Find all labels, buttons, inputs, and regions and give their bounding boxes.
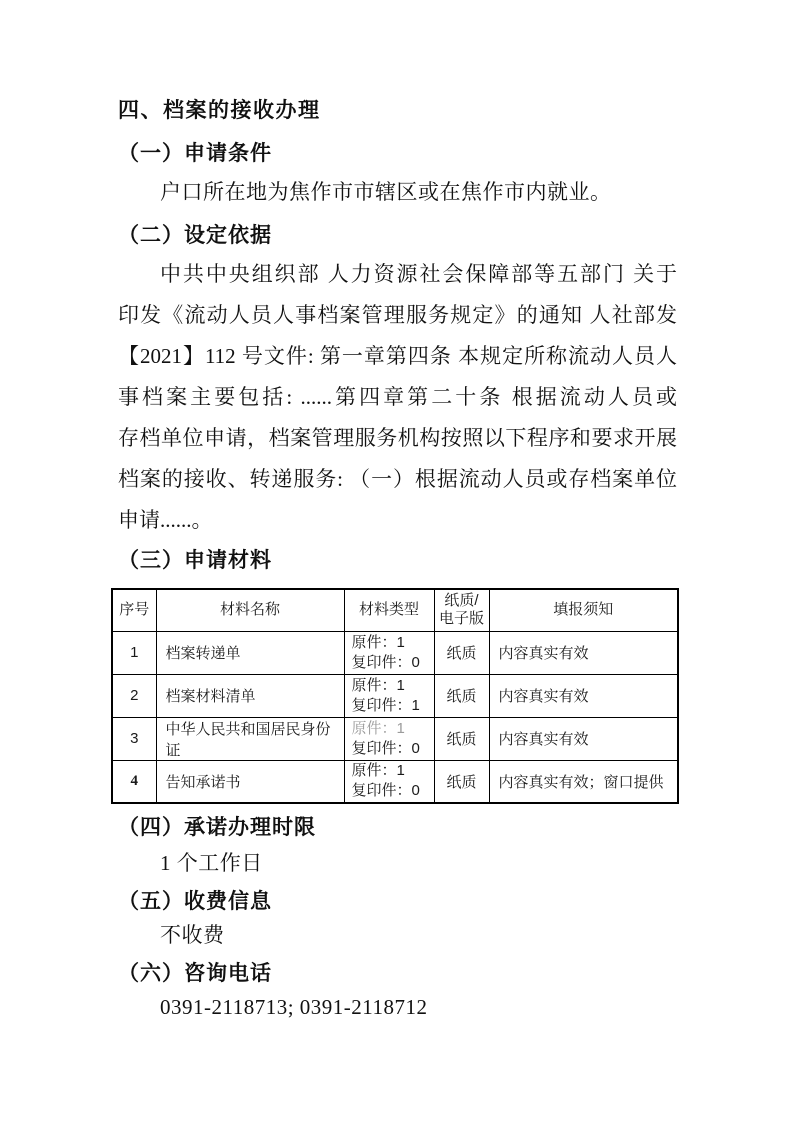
table-header-type: 材料类型 — [344, 589, 434, 631]
table-header-medium-line2: 电子版 — [435, 610, 489, 628]
table-row: 1 档案转递单 原件：1 复印件：0 纸质 内容真实有效 — [112, 631, 678, 674]
section-heading-application-conditions: （一）申请条件 — [118, 140, 677, 166]
section-heading-processing-time-limit: （四）承诺办理时限 — [118, 814, 677, 840]
row-seq: 2 — [112, 674, 156, 717]
basis-line: 事档案主要包括: ......第四章第二十条 根据流动人员或 — [118, 377, 677, 418]
section-heading-setting-basis: （二）设定依据 — [118, 222, 677, 248]
row-material-type: 原件：1 复印件：0 — [344, 631, 434, 674]
row-original-count: 原件：1 — [352, 761, 434, 781]
table-header-name: 材料名称 — [156, 589, 344, 631]
table-header-row: 序号 材料名称 材料类型 纸质/ 电子版 填报须知 — [112, 589, 678, 631]
table-header-seq: 序号 — [112, 589, 156, 631]
paragraph-phone-numbers: 0391-2118713; 0391-2118712 — [118, 992, 677, 1022]
row-medium: 纸质 — [434, 674, 489, 717]
row-medium: 纸质 — [434, 760, 489, 803]
document-page: 四、档案的接收办理 （一）申请条件 户口所在地为焦作市市辖区或在焦作市内就业。 … — [0, 0, 792, 1122]
section-heading-fee-information: （五）收费信息 — [118, 888, 677, 914]
paragraph-processing-time: 1 个工作日 — [118, 848, 677, 878]
table-header-medium: 纸质/ 电子版 — [434, 589, 489, 631]
basis-line: 存档单位申请，档案管理服务机构按照以下程序和要求开展 — [118, 418, 677, 459]
row-material-name: 告知承诺书 — [156, 760, 344, 803]
row-note: 内容真实有效 — [489, 674, 678, 717]
paragraph-setting-basis: 中共中央组织部 人力资源社会保障部等五部门 关于 印发《流动人员人事档案管理服务… — [118, 254, 677, 541]
row-seq: 4 — [112, 760, 156, 803]
basis-line: 档案的接收、转递服务: （一）根据流动人员或存档案单位 — [118, 459, 677, 500]
row-seq: 1 — [112, 631, 156, 674]
row-copy-count: 复印件：0 — [352, 739, 434, 759]
paragraph-application-conditions: 户口所在地为焦作市市辖区或在焦作市内就业。 — [118, 172, 677, 213]
table-header-medium-line1: 纸质/ — [435, 592, 489, 610]
section-heading-application-materials: （三）申请材料 — [118, 547, 677, 573]
document-title: 四、档案的接收办理 — [118, 98, 677, 124]
row-material-type: 原件：1 复印件：0 — [344, 760, 434, 803]
table-row: 4 告知承诺书 原件：1 复印件：0 纸质 内容真实有效；窗口提供 — [112, 760, 678, 803]
materials-table: 序号 材料名称 材料类型 纸质/ 电子版 填报须知 1 档案转递单 原件：1 复… — [111, 588, 679, 804]
basis-line: 【2021】112 号文件: 第一章第四条 本规定所称流动人员人 — [118, 336, 677, 377]
basis-line: 申请......。 — [118, 500, 677, 541]
row-original-count: 原件：1 — [352, 719, 434, 739]
row-material-type: 原件：1 复印件：0 — [344, 717, 434, 760]
paragraph-fee: 不收费 — [118, 920, 677, 950]
table-header-note: 填报须知 — [489, 589, 678, 631]
table-row: 3 中华人民共和国居民身份证 原件：1 复印件：0 纸质 内容真实有效 — [112, 717, 678, 760]
row-material-type: 原件：1 复印件：1 — [344, 674, 434, 717]
row-copy-count: 复印件：0 — [352, 781, 434, 801]
row-material-name: 中华人民共和国居民身份证 — [156, 717, 344, 760]
row-note: 内容真实有效 — [489, 717, 678, 760]
row-note: 内容真实有效 — [489, 631, 678, 674]
row-note: 内容真实有效；窗口提供 — [489, 760, 678, 803]
row-medium: 纸质 — [434, 717, 489, 760]
row-material-name: 档案转递单 — [156, 631, 344, 674]
row-original-count: 原件：1 — [352, 676, 434, 696]
row-material-name: 档案材料清单 — [156, 674, 344, 717]
row-medium: 纸质 — [434, 631, 489, 674]
table-row: 2 档案材料清单 原件：1 复印件：1 纸质 内容真实有效 — [112, 674, 678, 717]
row-copy-count: 复印件：1 — [352, 696, 434, 716]
section-heading-consultation-phone: （六）咨询电话 — [118, 960, 677, 986]
row-seq: 3 — [112, 717, 156, 760]
row-copy-count: 复印件：0 — [352, 653, 434, 673]
basis-line: 中共中央组织部 人力资源社会保障部等五部门 关于 — [118, 254, 677, 295]
row-original-count: 原件：1 — [352, 633, 434, 653]
basis-line: 印发《流动人员人事档案管理服务规定》的通知 人社部发 — [118, 295, 677, 336]
